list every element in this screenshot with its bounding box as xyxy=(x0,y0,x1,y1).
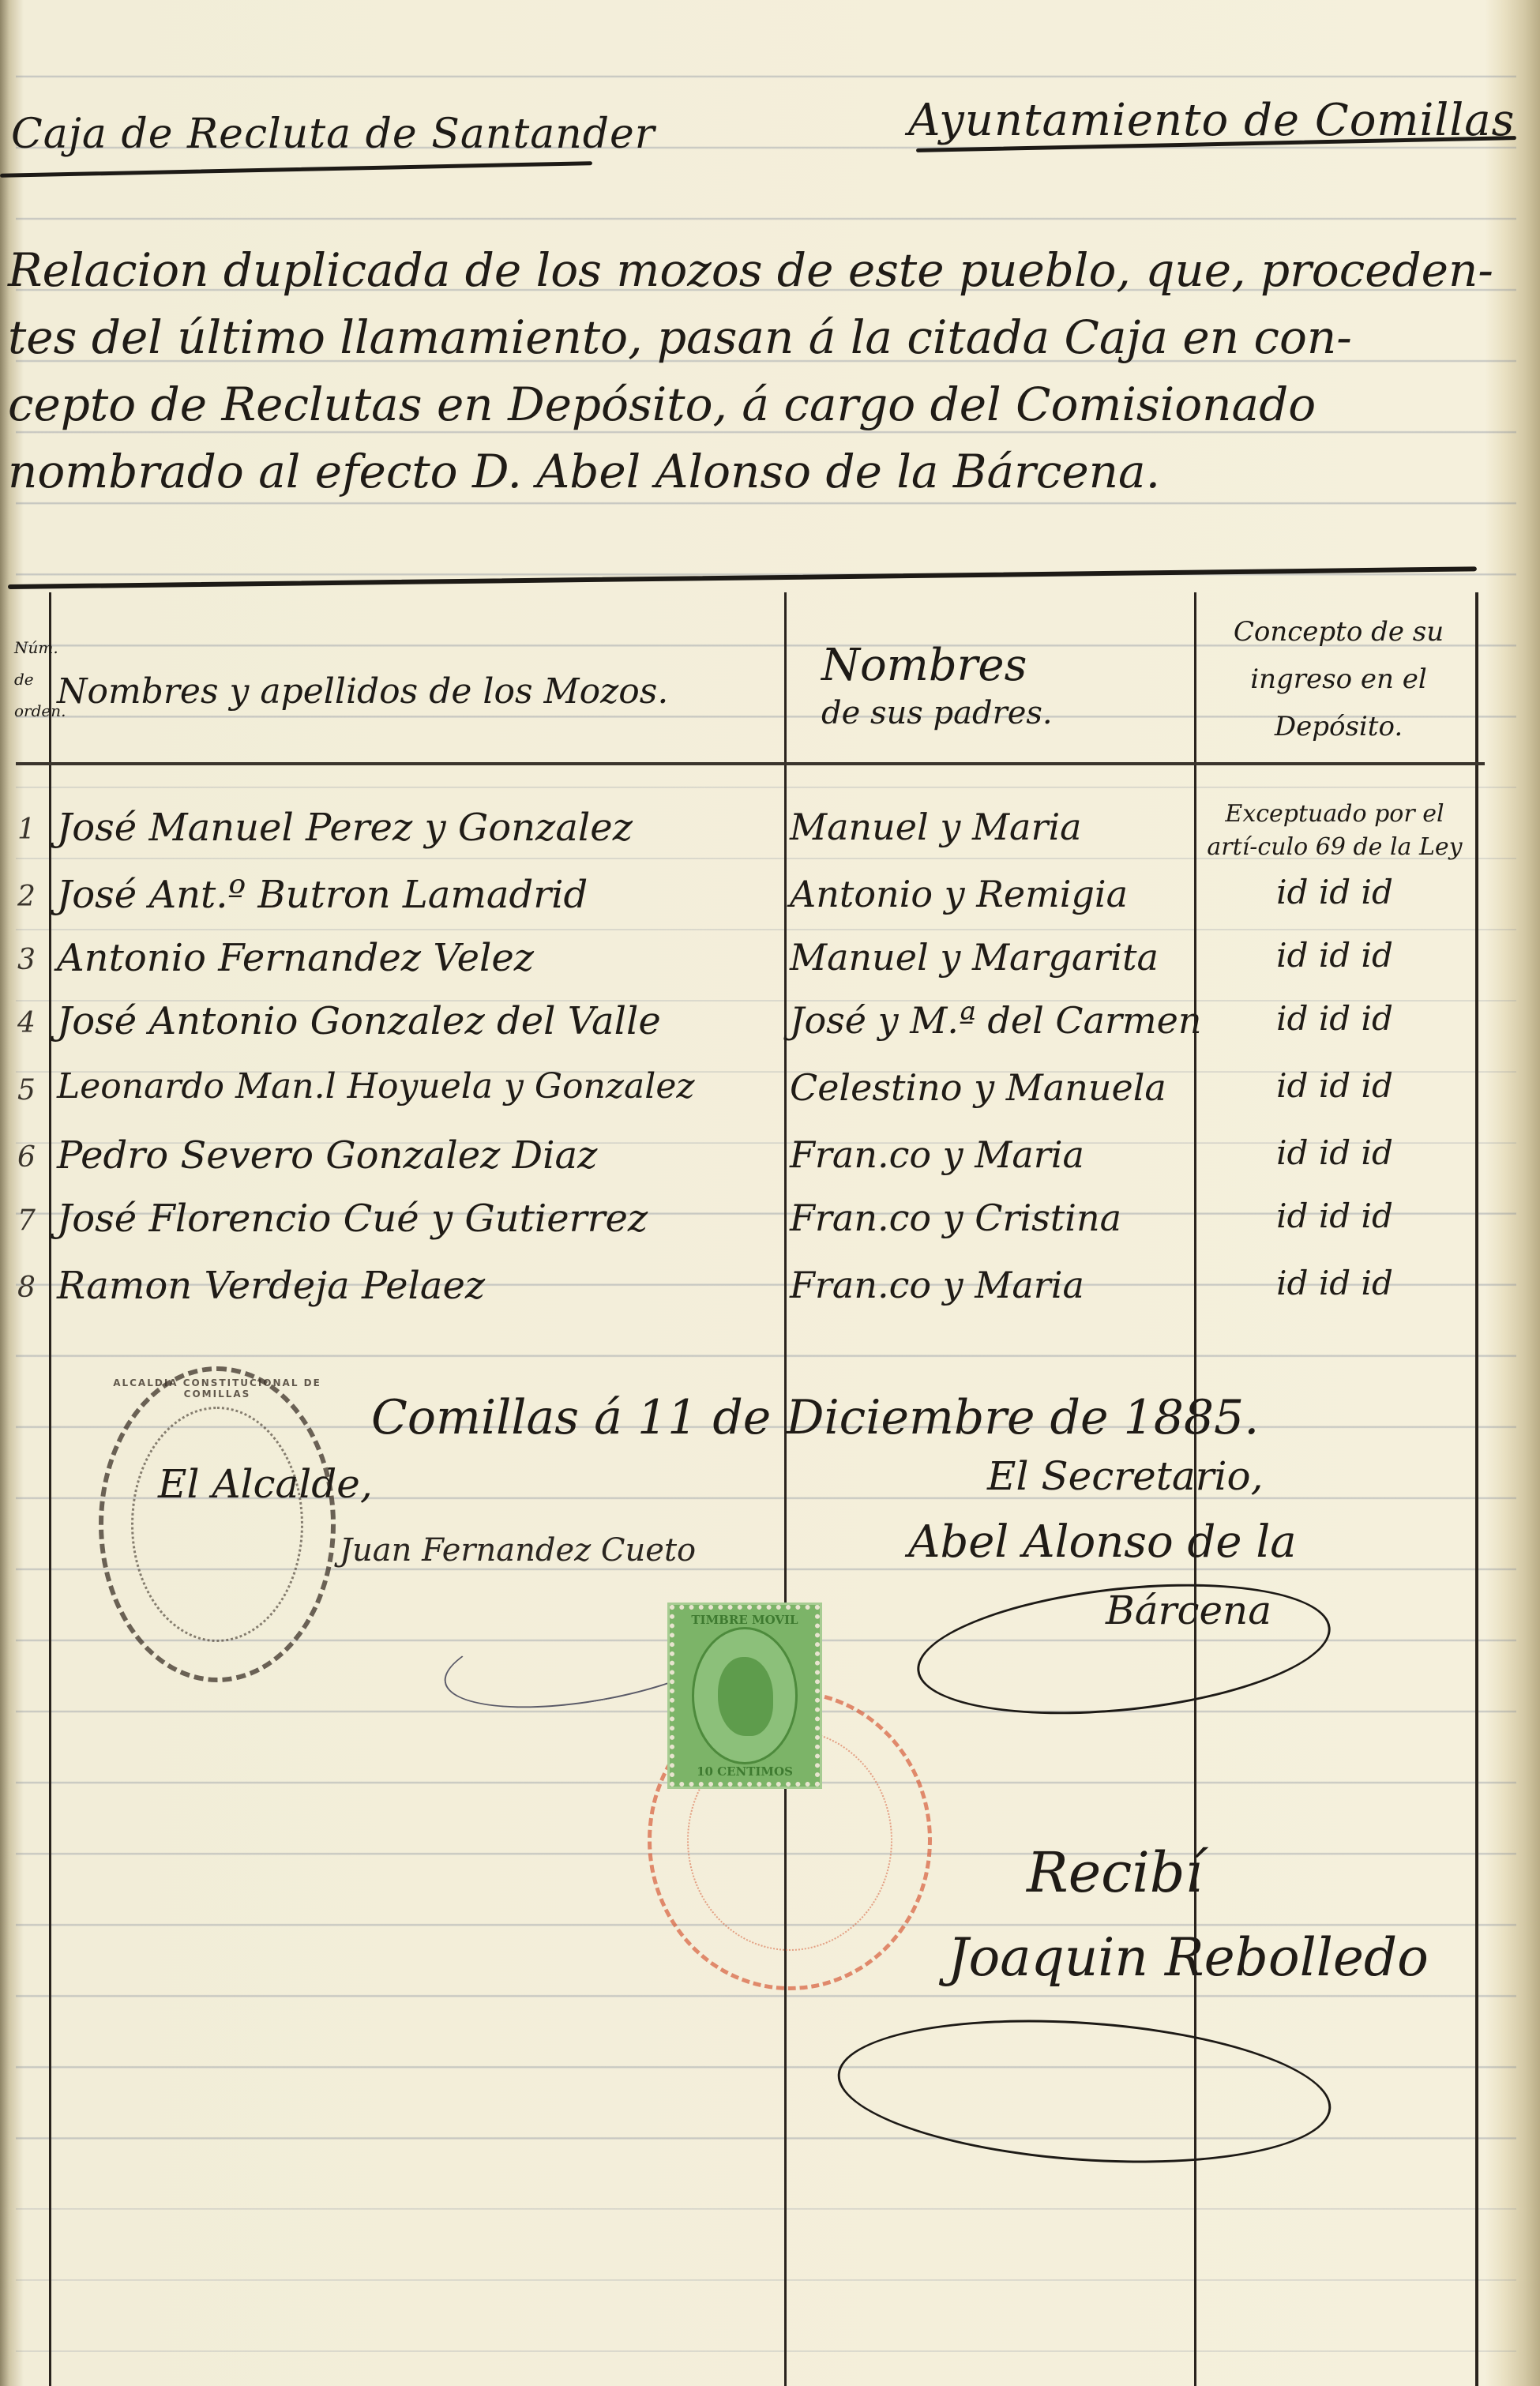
table-row: 4 José Antonio Gonzalez del Valle José y… xyxy=(0,999,1540,1062)
recruit-name: Pedro Severo Gonzalez Diaz xyxy=(57,1133,597,1178)
table-row: 8 Ramon Verdeja Pelaez Fran.co y Maria i… xyxy=(0,1264,1540,1327)
parents-names: José y M.ª del Carmen xyxy=(790,999,1201,1042)
table-row: 3 Antonio Fernandez Velez Manuel y Marga… xyxy=(0,936,1540,999)
secretary-title: El Secretario, xyxy=(987,1453,1264,1499)
row-number: 1 xyxy=(17,813,36,846)
place-date: Comillas á 11 de Diciembre de 1885. xyxy=(371,1390,1259,1445)
recruit-name: Ramon Verdeja Pelaez xyxy=(57,1264,485,1308)
table-row: 7 José Florencio Cué y Gutierrez Fran.co… xyxy=(0,1197,1540,1260)
table-header-rule xyxy=(16,762,1485,765)
mayor-signature: Juan Fernandez Cueto xyxy=(340,1532,696,1569)
parents-names: Manuel y Margarita xyxy=(790,936,1159,979)
row-number: 2 xyxy=(17,881,36,913)
parents-names: Fran.co y Maria xyxy=(790,1133,1084,1176)
row-number: 5 xyxy=(17,1074,36,1107)
row-number: 8 xyxy=(17,1272,36,1304)
intake-concept: Exceptuado por el artí-culo 69 de la Ley xyxy=(1196,798,1473,864)
received-label: Recibí xyxy=(1027,1840,1203,1905)
row-number: 4 xyxy=(17,1007,36,1039)
recruit-name: José Florencio Cué y Gutierrez xyxy=(57,1197,648,1241)
receiver-signature: Joaquin Rebolledo xyxy=(948,1927,1429,1988)
intro-line: Relacion duplicada de los mozos de este … xyxy=(8,237,1508,304)
row-number: 7 xyxy=(17,1204,36,1237)
intake-concept: id id id xyxy=(1196,1264,1473,1302)
parents-names: Celestino y Manuela xyxy=(790,1066,1166,1109)
column-header-concept: Concepto de su ingreso en el Depósito. xyxy=(1208,608,1469,750)
row-number: 3 xyxy=(17,944,36,976)
parents-names: Fran.co y Maria xyxy=(790,1264,1084,1306)
revenue-stamp: TIMBRE MOVIL 10 CENTIMOS xyxy=(670,1605,820,1787)
secretary-signature: Abel Alonso de la xyxy=(908,1516,1297,1568)
recruit-name: Leonardo Man.l Hoyuela y Gonzalez xyxy=(57,1066,695,1107)
intake-concept: id id id xyxy=(1196,1066,1473,1105)
municipal-seal: ALCALDIA CONSTITUCIONAL DE COMILLAS xyxy=(99,1366,336,1682)
intake-concept: id id id xyxy=(1196,1133,1473,1172)
row-number: 6 xyxy=(17,1141,36,1174)
table-row: 1 José Manuel Perez y Gonzalez Manuel y … xyxy=(0,806,1540,869)
recruit-name: José Ant.º Butron Lamadrid xyxy=(57,873,588,917)
intro-paragraph: Relacion duplicada de los mozos de este … xyxy=(8,237,1508,505)
parents-names: Antonio y Remigia xyxy=(790,873,1128,915)
header-left-title: Caja de Recluta de Santander xyxy=(11,111,655,158)
document-page: Caja de Recluta de Santander Ayuntamient… xyxy=(0,0,1540,2386)
column-header-number: Núm. de orden. xyxy=(14,632,46,727)
intake-concept: id id id xyxy=(1196,873,1473,911)
stamp-bottom-text: 10 CENTIMOS xyxy=(674,1764,815,1779)
intake-concept: id id id xyxy=(1196,999,1473,1038)
intro-line: tes del último llamamiento, pasan á la c… xyxy=(8,304,1508,371)
intro-line: cepto de Reclutas en Depósito, á cargo d… xyxy=(8,371,1508,438)
table-row: 2 José Ant.º Butron Lamadrid Antonio y R… xyxy=(0,873,1540,936)
column-header-parents-sub: de sus padres. xyxy=(821,695,1053,731)
table-row: 6 Pedro Severo Gonzalez Diaz Fran.co y M… xyxy=(0,1133,1540,1197)
intake-concept: id id id xyxy=(1196,936,1473,975)
mayor-title: El Alcalde, xyxy=(158,1461,373,1507)
parents-names: Fran.co y Cristina xyxy=(790,1197,1121,1239)
intake-concept: id id id xyxy=(1196,1197,1473,1235)
recruit-name: José Manuel Perez y Gonzalez xyxy=(57,806,633,850)
stamp-portrait-icon xyxy=(718,1657,773,1736)
recruit-name: Antonio Fernandez Velez xyxy=(57,936,534,980)
recruit-name: José Antonio Gonzalez del Valle xyxy=(57,999,661,1043)
intro-line: nombrado al efecto D. Abel Alonso de la … xyxy=(8,438,1508,505)
seal-text: ALCALDIA CONSTITUCIONAL DE COMILLAS xyxy=(103,1377,331,1400)
stamp-top-text: TIMBRE MOVIL xyxy=(674,1613,815,1627)
column-header-parents: Nombres xyxy=(821,640,1027,691)
table-row: 5 Leonardo Man.l Hoyuela y Gonzalez Cele… xyxy=(0,1066,1540,1129)
column-header-names: Nombres y apellidos de los Mozos. xyxy=(57,671,668,712)
seal-inner-ring xyxy=(131,1407,303,1642)
parents-names: Manuel y Maria xyxy=(790,806,1082,848)
